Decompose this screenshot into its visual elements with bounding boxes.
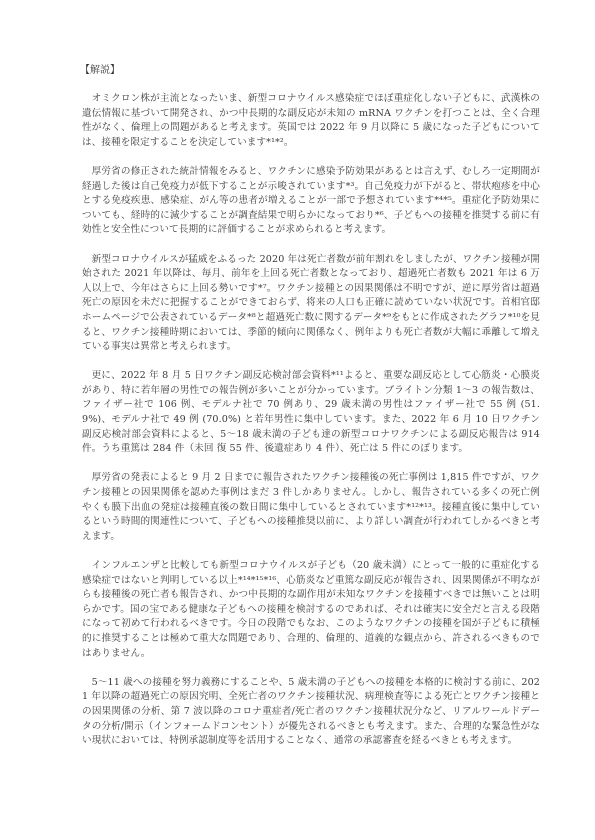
paragraph-side-effects: 更に、2022 年 8 月 5 日ワクチン副反応検討部会資料*¹¹よると、重要な…	[82, 369, 540, 457]
section-heading: 【解説】	[80, 64, 540, 78]
paragraph-excess-deaths: 新型コロナウイルスが猛威をふるった 2020 年は死亡者数が前年割れをしましたが…	[82, 253, 540, 355]
paragraph-recommendation: 5～11 歳への接種を努力義務にすることや、5 歳未満の子どもへの接種を本格的に…	[82, 676, 540, 749]
paragraph-statistics: 厚労省の修正された統計情報をみると、ワクチンに感染予防効果があるとは言えず、むし…	[82, 165, 540, 238]
paragraph-death-reports: 厚労省の発表によると 9 月 2 日までに報告されたワクチン接種後の死亡事例は …	[82, 471, 540, 544]
document-page: 【解説】 オミクロン株が主流となったいま、新型コロナウイルス感染症でほぼ重症化し…	[82, 64, 540, 763]
paragraph-omicron: オミクロン株が主流となったいま、新型コロナウイルス感染症でほぼ重症化しない子ども…	[82, 92, 540, 150]
paragraph-influenza-comparison: インフルエンザと比較しても新型コロナウイルスが子ども（20 歳未満）にとって一般…	[82, 559, 540, 661]
